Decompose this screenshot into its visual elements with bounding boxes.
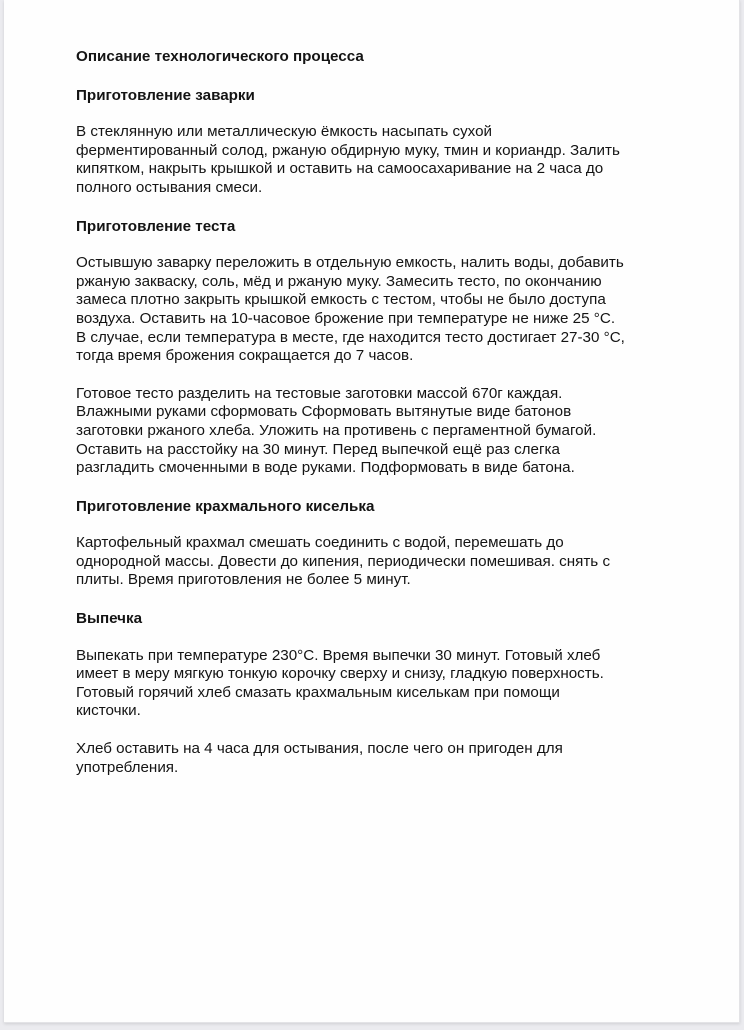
paragraph-ostyvanie: Хлеб оставить на 4 часа для остывания, п…: [76, 740, 676, 777]
paragraph-zavarka: В стеклянную или металлическую ёмкость н…: [76, 123, 676, 197]
text-line: Готовый горячий хлеб смазать крахмальным…: [76, 684, 560, 701]
text-line: Картофельный крахмал смешать соединить с…: [76, 534, 564, 551]
document-title: Описание технологического процесса: [76, 48, 676, 67]
document-content: Описание технологического процесса Приго…: [76, 48, 676, 777]
text-line: кипятком, накрыть крышкой и оставить на …: [76, 160, 603, 177]
text-line: плиты. Время приготовления не более 5 ми…: [76, 571, 411, 588]
text-line: кисточки.: [76, 702, 141, 719]
section-heading-testo: Приготовление теста: [76, 218, 676, 237]
document-page: Описание технологического процесса Приго…: [4, 0, 740, 1023]
text-line: ферментированный солод, ржаную обдирную …: [76, 142, 620, 159]
section-heading-vypechka: Выпечка: [76, 610, 676, 629]
text-line: ржаную закваску, соль, мёд и ржаную муку…: [76, 273, 602, 290]
text-line: тогда время брожения сокращается до 7 ча…: [76, 347, 413, 364]
paragraph-vypechka: Выпекать при температуре 230°С. Время вы…: [76, 647, 676, 721]
text-line: полного остывания смеси.: [76, 179, 262, 196]
text-line: Влажными руками сформовать Сформовать вы…: [76, 403, 571, 420]
text-line: Выпекать при температуре 230°С. Время вы…: [76, 647, 600, 664]
text-line: Хлеб оставить на 4 часа для остывания, п…: [76, 740, 563, 757]
text-line: разгладить смоченными в воде руками. Под…: [76, 459, 575, 476]
text-line: Оставить на расстойку на 30 минут. Перед…: [76, 441, 560, 458]
text-line: Остывшую заварку переложить в отдельную …: [76, 254, 624, 271]
section-heading-kiselek: Приготовление крахмального киселька: [76, 498, 676, 517]
paragraph-kiselek: Картофельный крахмал смешать соединить с…: [76, 534, 676, 590]
paragraph-testo-formovka: Готовое тесто разделить на тестовые заго…: [76, 385, 676, 478]
text-line: однородной массы. Довести до кипения, пе…: [76, 553, 610, 570]
text-line: В стеклянную или металлическую ёмкость н…: [76, 123, 492, 140]
text-line: замеса плотно закрыть крышкой емкость с …: [76, 291, 606, 308]
text-line: употребления.: [76, 759, 178, 776]
paragraph-testo-brozhenie: Остывшую заварку переложить в отдельную …: [76, 254, 676, 366]
text-line: заготовки ржаного хлеба. Уложить на прот…: [76, 422, 596, 439]
text-line: В случае, если температура в месте, где …: [76, 329, 625, 346]
text-line: имеет в меру мягкую тонкую корочку сверх…: [76, 665, 604, 682]
text-line: воздуха. Оставить на 10-часовое брожение…: [76, 310, 615, 327]
section-heading-zavarka: Приготовление заварки: [76, 87, 676, 106]
text-line: Готовое тесто разделить на тестовые заго…: [76, 385, 562, 402]
